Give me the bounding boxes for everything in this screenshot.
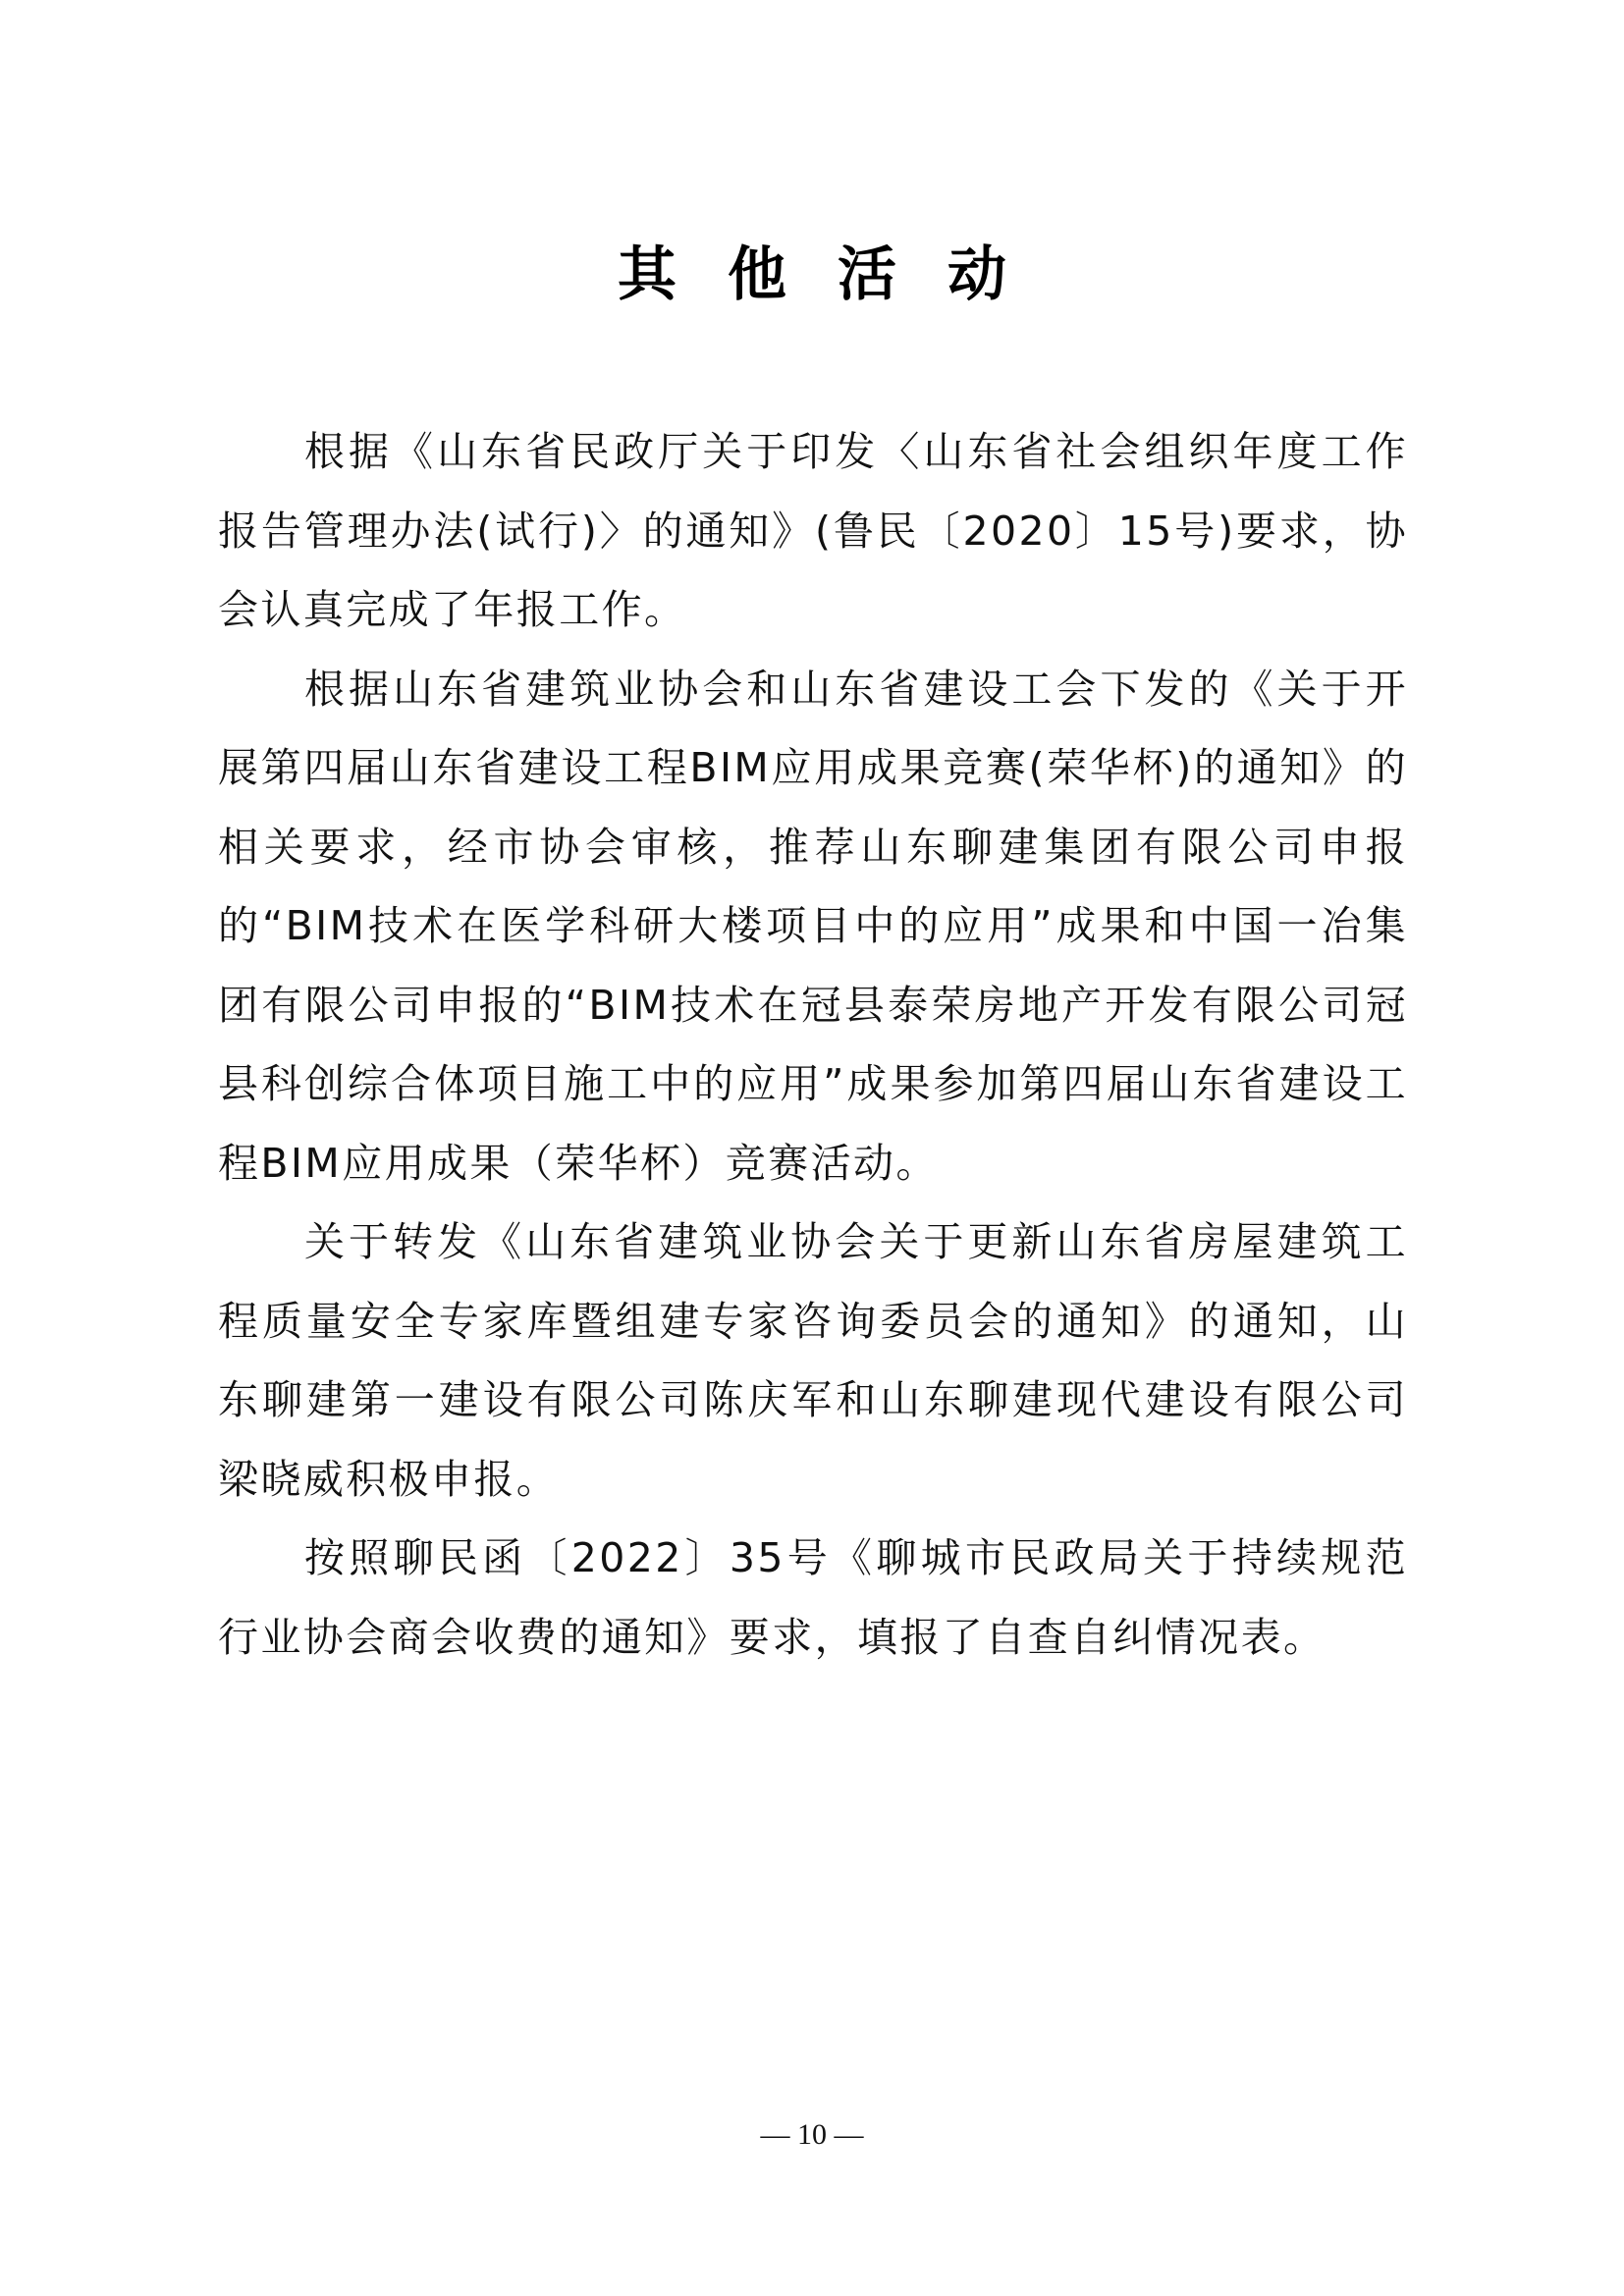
document-body: 根据《山东省民政厅关于印发〈山东省社会组织年度工作报告管理办法(试行)〉的通知》… — [218, 412, 1408, 1677]
document-page: 其他活动 根据《山东省民政厅关于印发〈山东省社会组织年度工作报告管理办法(试行)… — [0, 0, 1624, 2296]
page-number: — 10 — — [0, 2110, 1624, 2160]
paragraph-annual-report: 根据《山东省民政厅关于印发〈山东省社会组织年度工作报告管理办法(试行)〉的通知》… — [218, 412, 1408, 650]
paragraph-expert-database: 关于转发《山东省建筑业协会关于更新山东省房屋建筑工程质量安全专家库暨组建专家咨询… — [218, 1202, 1408, 1519]
paragraph-fee-self-inspection: 按照聊民函〔2022〕35号《聊城市民政局关于持续规范行业协会商会收费的通知》要… — [218, 1519, 1408, 1677]
paragraph-bim-competition: 根据山东省建筑业协会和山东省建设工会下发的《关于开展第四届山东省建设工程BIM应… — [218, 650, 1408, 1203]
page-title: 其他活动 — [0, 236, 1624, 314]
